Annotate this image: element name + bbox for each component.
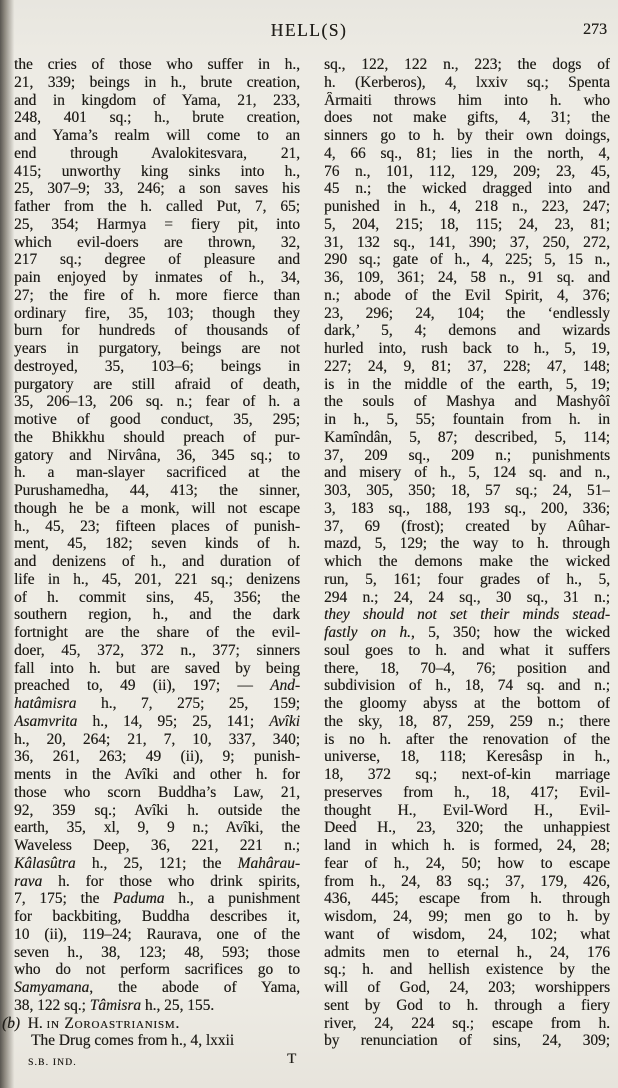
text-segment: doer, 45, 372, 372 n., 377; sinners — [14, 642, 300, 659]
text-line: 436, 445; escape from h. through — [324, 890, 610, 908]
text-segment: the sky, 18, 87, 259, 259 n.; there — [324, 713, 610, 730]
text-segment: 37, 69 (frost); created by Aûhar- — [324, 518, 610, 535]
text-segment: 36, 109, 361; 24, 58 n., 91 sq. and — [324, 269, 610, 286]
text-segment: h. a man-slayer sacrificed at the — [14, 464, 300, 481]
text-line: end through Avalokitesvara, 21, — [14, 145, 300, 163]
text-line: burn for hundreds of thousands of — [14, 322, 300, 340]
text-segment: h. for those who drink spirits, — [42, 873, 300, 890]
text-line: 303, 305, 350; 18, 57 sq.; 24, 51– — [324, 482, 610, 500]
text-line: who do not perform sacrifices go to — [14, 961, 300, 979]
text-segment: 248, 401 sq.; h., brute creation, — [14, 109, 300, 126]
text-segment: , the abode of Yama, — [89, 979, 300, 996]
italic-text: Asamvrita — [14, 713, 77, 730]
text-line: land in which h. is formed, 24, 28; — [324, 837, 610, 855]
text-line: 3, 183 sq., 188, 193 sq., 200, 336; — [324, 500, 610, 518]
text-segment: preached to, 49 (ii), 197; — — [14, 677, 270, 694]
text-segment: thought H., Evil-Word H., Evil- — [324, 802, 610, 819]
text-segment: h. (Kerberos), 4, lxxiv sq.; Spenta — [324, 74, 610, 91]
text-line: fortnight are the share of the evil- — [14, 624, 300, 642]
text-segment: sq.; h. and hellish existence by the — [324, 961, 610, 978]
text-segment: and in kingdom of Yama, 21, 233, — [14, 92, 300, 109]
text-line: fall into h. but are saved by being — [14, 660, 300, 678]
text-segment: 290 sq.; gate of h., 4, 225; 5, 15 n., — [324, 251, 610, 268]
text-segment: run, 5, 161; four grades of h., 5, — [324, 571, 610, 588]
text-segment: and misery of h., 5, 124 sq. and n., — [324, 464, 610, 481]
text-segment: 76 n., 101, 112, 129, 209; 23, 45, — [324, 163, 610, 180]
text-segment: burn for hundreds of thousands of — [14, 322, 300, 339]
text-line: pain enjoyed by inmates of h., 34, — [14, 269, 300, 287]
text-line: the cries of those who suffer in h., — [14, 56, 300, 74]
text-segment: 436, 445; escape from h. through — [324, 890, 610, 907]
text-line: which evil-doers are thrown, 32, — [14, 234, 300, 252]
text-segment: ordinary fire, 35, 103; though they — [14, 305, 300, 322]
text-line: h., 45, 23; fifteen places of punish- — [14, 518, 300, 536]
text-line: n.; abode of the Evil Spirit, 4, 376; — [324, 287, 610, 305]
text-line: fastly on h., 5, 350; how the wicked — [324, 624, 610, 642]
text-line: and denizens of h., and duration of — [14, 553, 300, 571]
column-right: sq., 122, 122 n., 223; the dogs ofh. (Ke… — [324, 56, 610, 1050]
text-segment: punished in h., 4, 218 n., 223, 247; — [324, 198, 610, 215]
text-line: 294 n.; 24, 24 sq., 30 sq., 31 n.; — [324, 589, 610, 607]
text-segment: Deed H., 23, 320; the unhappiest — [324, 819, 610, 836]
text-segment: 38, 122 sq.; — [14, 997, 90, 1014]
text-line: rava h. for those who drink spirits, — [14, 873, 300, 891]
text-segment: 18, 372 sq.; next-of-kin marriage — [324, 766, 610, 783]
text-line: Samyamana, the abode of Yama, — [14, 979, 300, 997]
text-segment: 3, 183 sq., 188, 193 sq., 200, 336; — [324, 500, 610, 517]
text-line: by renunciation of sins, 24, 309; — [324, 1032, 610, 1050]
text-line: subdivision of h., 18, 74 sq. and n.; — [324, 677, 610, 695]
text-line: though he be a monk, will not escape — [14, 500, 300, 518]
italic-text: Kâlasûtra — [14, 855, 76, 872]
small-caps-text: in Zoroastrianism. — [46, 1015, 180, 1032]
text-line: life in h., 45, 201, 221 sq.; denizens — [14, 571, 300, 589]
text-segment: 227; 24, 9, 81; 37, 228; 47, 148; — [324, 358, 610, 375]
text-segment: dark,’ 5, 4; demons and wizards — [324, 322, 610, 339]
text-segment: Purushamedha, 44, 413; the sinner, — [14, 482, 300, 499]
text-line: is in the middle of the earth, 5, 19; — [324, 376, 610, 394]
text-line: Asamvrita h., 14, 95; 25, 141; Avîki — [14, 713, 300, 731]
italic-text: (b) — [2, 1015, 20, 1032]
text-line: the sky, 18, 87, 259, 259 n.; there — [324, 713, 610, 731]
text-line: 38, 122 sq.; Tâmisra h., 25, 155. — [14, 997, 300, 1015]
text-line: soul goes to h. and what it suffers — [324, 642, 610, 660]
text-body: the cries of those who suffer in h.,21, … — [14, 56, 610, 1050]
text-segment: those who scorn Buddha’s Law, 21, — [14, 784, 300, 801]
text-line: in h., 5, 55; fountain from h. in — [324, 411, 610, 429]
text-line: 35, 206–13, 206 sq. n.; fear of h. a — [14, 393, 300, 411]
text-line: mazd, 5, 129; the way to h. through — [324, 535, 610, 553]
text-segment: which the demons make the wicked — [324, 553, 610, 570]
text-line: 10 (ii), 119–24; Raurava, one of the — [14, 926, 300, 944]
text-line: fear of h., 24, 50; how to escape — [324, 855, 610, 873]
text-segment: 37, 209 sq., 209 n.; punishments — [324, 447, 610, 464]
column-left: the cries of those who suffer in h.,21, … — [14, 56, 300, 1050]
text-segment: , 5, 350; how the wicked — [411, 624, 610, 641]
text-segment: want of wisdom, 24, 102; what — [324, 926, 610, 943]
text-line: those who scorn Buddha’s Law, 21, — [14, 784, 300, 802]
text-segment: and Yama’s realm will come to an — [14, 127, 300, 144]
text-segment: fear of h., 24, 50; how to escape — [324, 855, 610, 872]
text-line: preserves from h., 18, 417; Evil- — [324, 784, 610, 802]
text-segment: Kamîndân, 5, 87; described, 5, 114; — [324, 429, 610, 446]
text-segment: 415; unworthy king sinks into h., — [14, 163, 300, 180]
text-line: which the demons make the wicked — [324, 553, 610, 571]
text-segment: sq., 122, 122 n., 223; the dogs of — [324, 56, 610, 73]
text-line: 415; unworthy king sinks into h., — [14, 163, 300, 181]
text-segment: does not make gifts, 4, 31; the — [324, 109, 610, 126]
text-line: 37, 209 sq., 209 n.; punishments — [324, 447, 610, 465]
text-line: southern region, h., and the dark — [14, 606, 300, 624]
text-segment: 31, 132 sq., 141, 390; 37, 250, 272, — [324, 234, 610, 251]
text-segment: 10 (ii), 119–24; Raurava, one of the — [14, 926, 300, 943]
text-line: motive of good conduct, 35, 295; — [14, 411, 300, 429]
text-line: and misery of h., 5, 124 sq. and n., — [324, 464, 610, 482]
text-segment: the cries of those who suffer in h., — [14, 56, 300, 73]
text-segment: motive of good conduct, 35, 295; — [14, 411, 300, 428]
text-line: 5, 204, 215; 18, 115; 24, 23, 81; — [324, 216, 610, 234]
text-line: 76 n., 101, 112, 129, 209; 23, 45, — [324, 163, 610, 181]
italic-text: fastly on h. — [324, 624, 411, 641]
text-segment: h., a punishment — [164, 890, 300, 907]
text-segment: h., 45, 23; fifteen places of punish- — [14, 518, 300, 535]
text-line: sq.; h. and hellish existence by the — [324, 961, 610, 979]
text-line: 23, 296; 24, 104; the ‘endlessly — [324, 305, 610, 323]
text-segment: subdivision of h., 18, 74 sq. and n.; — [324, 677, 610, 694]
text-line: 36, 261, 263; 49 (ii), 9; punish- — [14, 748, 300, 766]
text-line: want of wisdom, 24, 102; what — [324, 926, 610, 944]
text-segment: by renunciation of sins, 24, 309; — [324, 1032, 610, 1049]
text-segment: h., 14, 95; 25, 141; — [77, 713, 269, 730]
italic-text: And- — [270, 677, 300, 694]
text-line: earth, 35, xl, 9, 9 n.; Avîki, the — [14, 819, 300, 837]
text-segment: fall into h. but are saved by being — [14, 660, 300, 677]
text-segment: The Drug comes from h., 4, lxxii — [31, 1032, 234, 1049]
text-segment: 25, 354; Harmya = fiery pit, into — [14, 216, 300, 233]
text-segment: purgatory are still afraid of death, — [14, 376, 300, 393]
text-segment: hurled into, rush back to h., 5, 19, — [324, 340, 610, 357]
text-segment: 21, 339; beings in h., brute creation, — [14, 74, 300, 91]
text-segment: universe, 18, 118; Keresâsp in h., — [324, 748, 610, 765]
text-line: 37, 69 (frost); created by Aûhar- — [324, 518, 610, 536]
text-segment: the gloomy abyss at the bottom of — [324, 695, 610, 712]
text-line: The Drug comes from h., 4, lxxii — [14, 1032, 300, 1050]
italic-text: they should not set their minds stead- — [324, 606, 610, 623]
text-segment: though he be a monk, will not escape — [14, 500, 300, 517]
text-segment: sent by God to h. through a fiery — [324, 997, 610, 1014]
text-segment: from h., 24, 83 sq.; 37, 179, 426, — [324, 873, 610, 890]
text-segment: mazd, 5, 129; the way to h. through — [324, 535, 610, 552]
text-line: 31, 132 sq., 141, 390; 37, 250, 272, — [324, 234, 610, 252]
text-line: 248, 401 sq.; h., brute creation, — [14, 109, 300, 127]
text-segment: h., 25, 121; the — [76, 855, 238, 872]
text-line: Waveless Deep, 36, 221, 221 n.; — [14, 837, 300, 855]
page-number: 273 — [583, 21, 607, 39]
text-line: of h. commit sins, 45, 356; the — [14, 589, 300, 607]
text-line: sent by God to h. through a fiery — [324, 997, 610, 1015]
text-segment: ment, 45, 182; seven kinds of h. — [14, 535, 300, 552]
text-segment: 27; the fire of h. more fierce than — [14, 287, 300, 304]
text-segment: and denizens of h., and duration of — [14, 553, 300, 570]
text-segment: h., 25, 155. — [141, 997, 214, 1014]
text-segment: 4, 66 sq., 81; lies in the north, 4, — [324, 145, 610, 162]
text-line: the Bhikkhu should preach of pur- — [14, 429, 300, 447]
text-line: and Yama’s realm will come to an — [14, 127, 300, 145]
text-segment: earth, 35, xl, 9, 9 n.; Avîki, the — [14, 819, 300, 836]
text-line: 227; 24, 9, 81; 37, 228; 47, 148; — [324, 358, 610, 376]
text-line: hatâmisra h., 7, 275; 25, 159; — [14, 695, 300, 713]
text-line: purgatory are still afraid of death, — [14, 376, 300, 394]
text-line: admits men to eternal h., 24, 176 — [324, 944, 610, 962]
italic-text: Paduma — [113, 890, 164, 907]
text-line: (b) H. in Zoroastrianism. — [2, 1015, 300, 1033]
text-segment: in h., 5, 55; fountain from h. in — [324, 411, 610, 428]
text-line: h. (Kerberos), 4, lxxiv sq.; Spenta — [324, 74, 610, 92]
text-segment: ments in the Avîki and other h. for — [14, 766, 300, 783]
text-line: sinners go to h. by their own doings, — [324, 127, 610, 145]
gathering-catchword: T — [287, 1051, 296, 1068]
text-line: there, 18, 70–4, 76; position and — [324, 660, 610, 678]
text-line: thought H., Evil-Word H., Evil- — [324, 802, 610, 820]
text-segment: river, 24, 224 sq.; escape from h. — [324, 1015, 610, 1032]
text-line: dark,’ 5, 4; demons and wizards — [324, 322, 610, 340]
text-segment: 35, 206–13, 206 sq. n.; fear of h. a — [14, 393, 300, 410]
text-segment: 36, 261, 263; 49 (ii), 9; punish- — [14, 748, 300, 765]
text-line: 27; the fire of h. more fierce than — [14, 287, 300, 305]
italic-text: Samyamana — [14, 979, 89, 996]
text-line: sq., 122, 122 n., 223; the dogs of — [324, 56, 610, 74]
text-line: and in kingdom of Yama, 21, 233, — [14, 92, 300, 110]
text-segment: 294 n.; 24, 24 sq., 30 sq., 31 n.; — [324, 589, 610, 606]
text-segment: fortnight are the share of the evil- — [14, 624, 300, 641]
text-segment: preserves from h., 18, 417; Evil- — [324, 784, 610, 801]
text-segment: sinners go to h. by their own doings, — [324, 127, 610, 144]
text-segment: gatory and Nirvâna, 36, 345 sq.; to — [14, 447, 300, 464]
text-segment: n.; abode of the Evil Spirit, 4, 376; — [324, 287, 610, 304]
text-segment: Waveless Deep, 36, 221, 221 n.; — [14, 837, 300, 854]
text-segment: h., 20, 264; 21, 7, 10, 337, 340; — [14, 731, 300, 748]
text-segment: 5, 204, 215; 18, 115; 24, 23, 81; — [324, 216, 610, 233]
text-line: ments in the Avîki and other h. for — [14, 766, 300, 784]
text-line: Deed H., 23, 320; the unhappiest — [324, 819, 610, 837]
running-title: HELL(S) — [0, 20, 618, 41]
text-segment: 45 n.; the wicked dragged into and — [324, 180, 610, 197]
printer-signature: S.B. IND. — [28, 1058, 77, 1068]
text-line: ment, 45, 182; seven kinds of h. — [14, 535, 300, 553]
italic-text: hatâmisra — [14, 695, 76, 712]
italic-text: Mahârau- — [238, 855, 300, 872]
text-segment: of h. commit sins, 45, 356; the — [14, 589, 300, 606]
text-segment: there, 18, 70–4, 76; position and — [324, 660, 610, 677]
text-segment: for backbiting, Buddha describes it, — [14, 908, 300, 925]
text-line: run, 5, 161; four grades of h., 5, — [324, 571, 610, 589]
text-line: father from the h. called Put, 7, 65; — [14, 198, 300, 216]
text-line: does not make gifts, 4, 31; the — [324, 109, 610, 127]
text-line: 25, 354; Harmya = fiery pit, into — [14, 216, 300, 234]
text-segment: 7, 175; the — [14, 890, 113, 907]
text-segment: 303, 305, 350; 18, 57 sq.; 24, 51– — [324, 482, 610, 499]
text-segment: end through Avalokitesvara, 21, — [14, 145, 300, 162]
text-line: 45 n.; the wicked dragged into and — [324, 180, 610, 198]
page-header: HELL(S) 273 — [0, 20, 618, 42]
text-line: Kâlasûtra h., 25, 121; the Mahârau- — [14, 855, 300, 873]
text-segment: is in the middle of the earth, 5, 19; — [324, 376, 610, 393]
text-line: is no h. after the renovation of the — [324, 731, 610, 749]
text-line: wisdom, 24, 99; men go to h. by — [324, 908, 610, 926]
text-line: from h., 24, 83 sq.; 37, 179, 426, — [324, 873, 610, 891]
text-line: Purushamedha, 44, 413; the sinner, — [14, 482, 300, 500]
italic-text: Avîki — [269, 713, 300, 730]
text-segment: 23, 296; 24, 104; the ‘endlessly — [324, 305, 610, 322]
text-segment: 92, 359 sq.; Avîki h. outside the — [14, 802, 300, 819]
text-line: 290 sq.; gate of h., 4, 225; 5, 15 n., — [324, 251, 610, 269]
italic-text: Tâmisra — [90, 997, 141, 1014]
text-segment: pain enjoyed by inmates of h., 34, — [14, 269, 300, 286]
text-segment: who do not perform sacrifices go to — [14, 961, 300, 978]
text-line: punished in h., 4, 218 n., 223, 247; — [324, 198, 610, 216]
text-line: the souls of Mashya and Mashyôî — [324, 393, 610, 411]
text-line: preached to, 49 (ii), 197; — And- — [14, 677, 300, 695]
text-line: seven h., 38, 123; 48, 593; those — [14, 944, 300, 962]
text-segment: h., 7, 275; 25, 159; — [76, 695, 300, 712]
text-line: river, 24, 224 sq.; escape from h. — [324, 1015, 610, 1033]
text-line: 4, 66 sq., 81; lies in the north, 4, — [324, 145, 610, 163]
text-line: h., 20, 264; 21, 7, 10, 337, 340; — [14, 731, 300, 749]
text-line: 25, 307–9; 33, 246; a son saves his — [14, 180, 300, 198]
text-segment: years in purgatory, beings are not — [14, 340, 300, 357]
text-segment: which evil-doers are thrown, 32, — [14, 234, 300, 251]
text-segment: will of God, 24, 203; worshippers — [324, 979, 610, 996]
text-segment: is no h. after the renovation of the — [324, 731, 610, 748]
text-line: ordinary fire, 35, 103; though they — [14, 305, 300, 323]
text-line: gatory and Nirvâna, 36, 345 sq.; to — [14, 447, 300, 465]
text-line: 36, 109, 361; 24, 58 n., 91 sq. and — [324, 269, 610, 287]
text-line: universe, 18, 118; Keresâsp in h., — [324, 748, 610, 766]
text-segment: 25, 307–9; 33, 246; a son saves his — [14, 180, 300, 197]
text-segment: life in h., 45, 201, 221 sq.; denizens — [14, 571, 300, 588]
italic-text: rava — [14, 873, 42, 890]
text-segment: H. — [20, 1015, 47, 1032]
text-line: Kamîndân, 5, 87; described, 5, 114; — [324, 429, 610, 447]
text-line: 7, 175; the Paduma h., a punishment — [14, 890, 300, 908]
text-segment: father from the h. called Put, 7, 65; — [14, 198, 300, 215]
text-line: 21, 339; beings in h., brute creation, — [14, 74, 300, 92]
text-line: hurled into, rush back to h., 5, 19, — [324, 340, 610, 358]
text-segment: admits men to eternal h., 24, 176 — [324, 944, 610, 961]
text-segment: southern region, h., and the dark — [14, 606, 300, 623]
text-segment: seven h., 38, 123; 48, 593; those — [14, 944, 300, 961]
text-segment: 217 sq.; degree of pleasure and — [14, 251, 300, 268]
text-line: will of God, 24, 203; worshippers — [324, 979, 610, 997]
text-line: for backbiting, Buddha describes it, — [14, 908, 300, 926]
text-line: destroyed, 35, 103–6; beings in — [14, 358, 300, 376]
text-segment: the souls of Mashya and Mashyôî — [324, 393, 610, 410]
text-line: 217 sq.; degree of pleasure and — [14, 251, 300, 269]
text-line: they should not set their minds stead- — [324, 606, 610, 624]
text-line: h. a man-slayer sacrificed at the — [14, 464, 300, 482]
text-segment: destroyed, 35, 103–6; beings in — [14, 358, 300, 375]
text-segment: Ârmaiti throws him into h. who — [324, 92, 610, 109]
text-segment: soul goes to h. and what it suffers — [324, 642, 610, 659]
text-line: doer, 45, 372, 372 n., 377; sinners — [14, 642, 300, 660]
text-line: 18, 372 sq.; next-of-kin marriage — [324, 766, 610, 784]
text-line: 92, 359 sq.; Avîki h. outside the — [14, 802, 300, 820]
text-segment: wisdom, 24, 99; men go to h. by — [324, 908, 610, 925]
text-line: the gloomy abyss at the bottom of — [324, 695, 610, 713]
text-line: Ârmaiti throws him into h. who — [324, 92, 610, 110]
text-line: years in purgatory, beings are not — [14, 340, 300, 358]
text-segment: the Bhikkhu should preach of pur- — [14, 429, 300, 446]
text-segment: land in which h. is formed, 24, 28; — [324, 837, 610, 854]
